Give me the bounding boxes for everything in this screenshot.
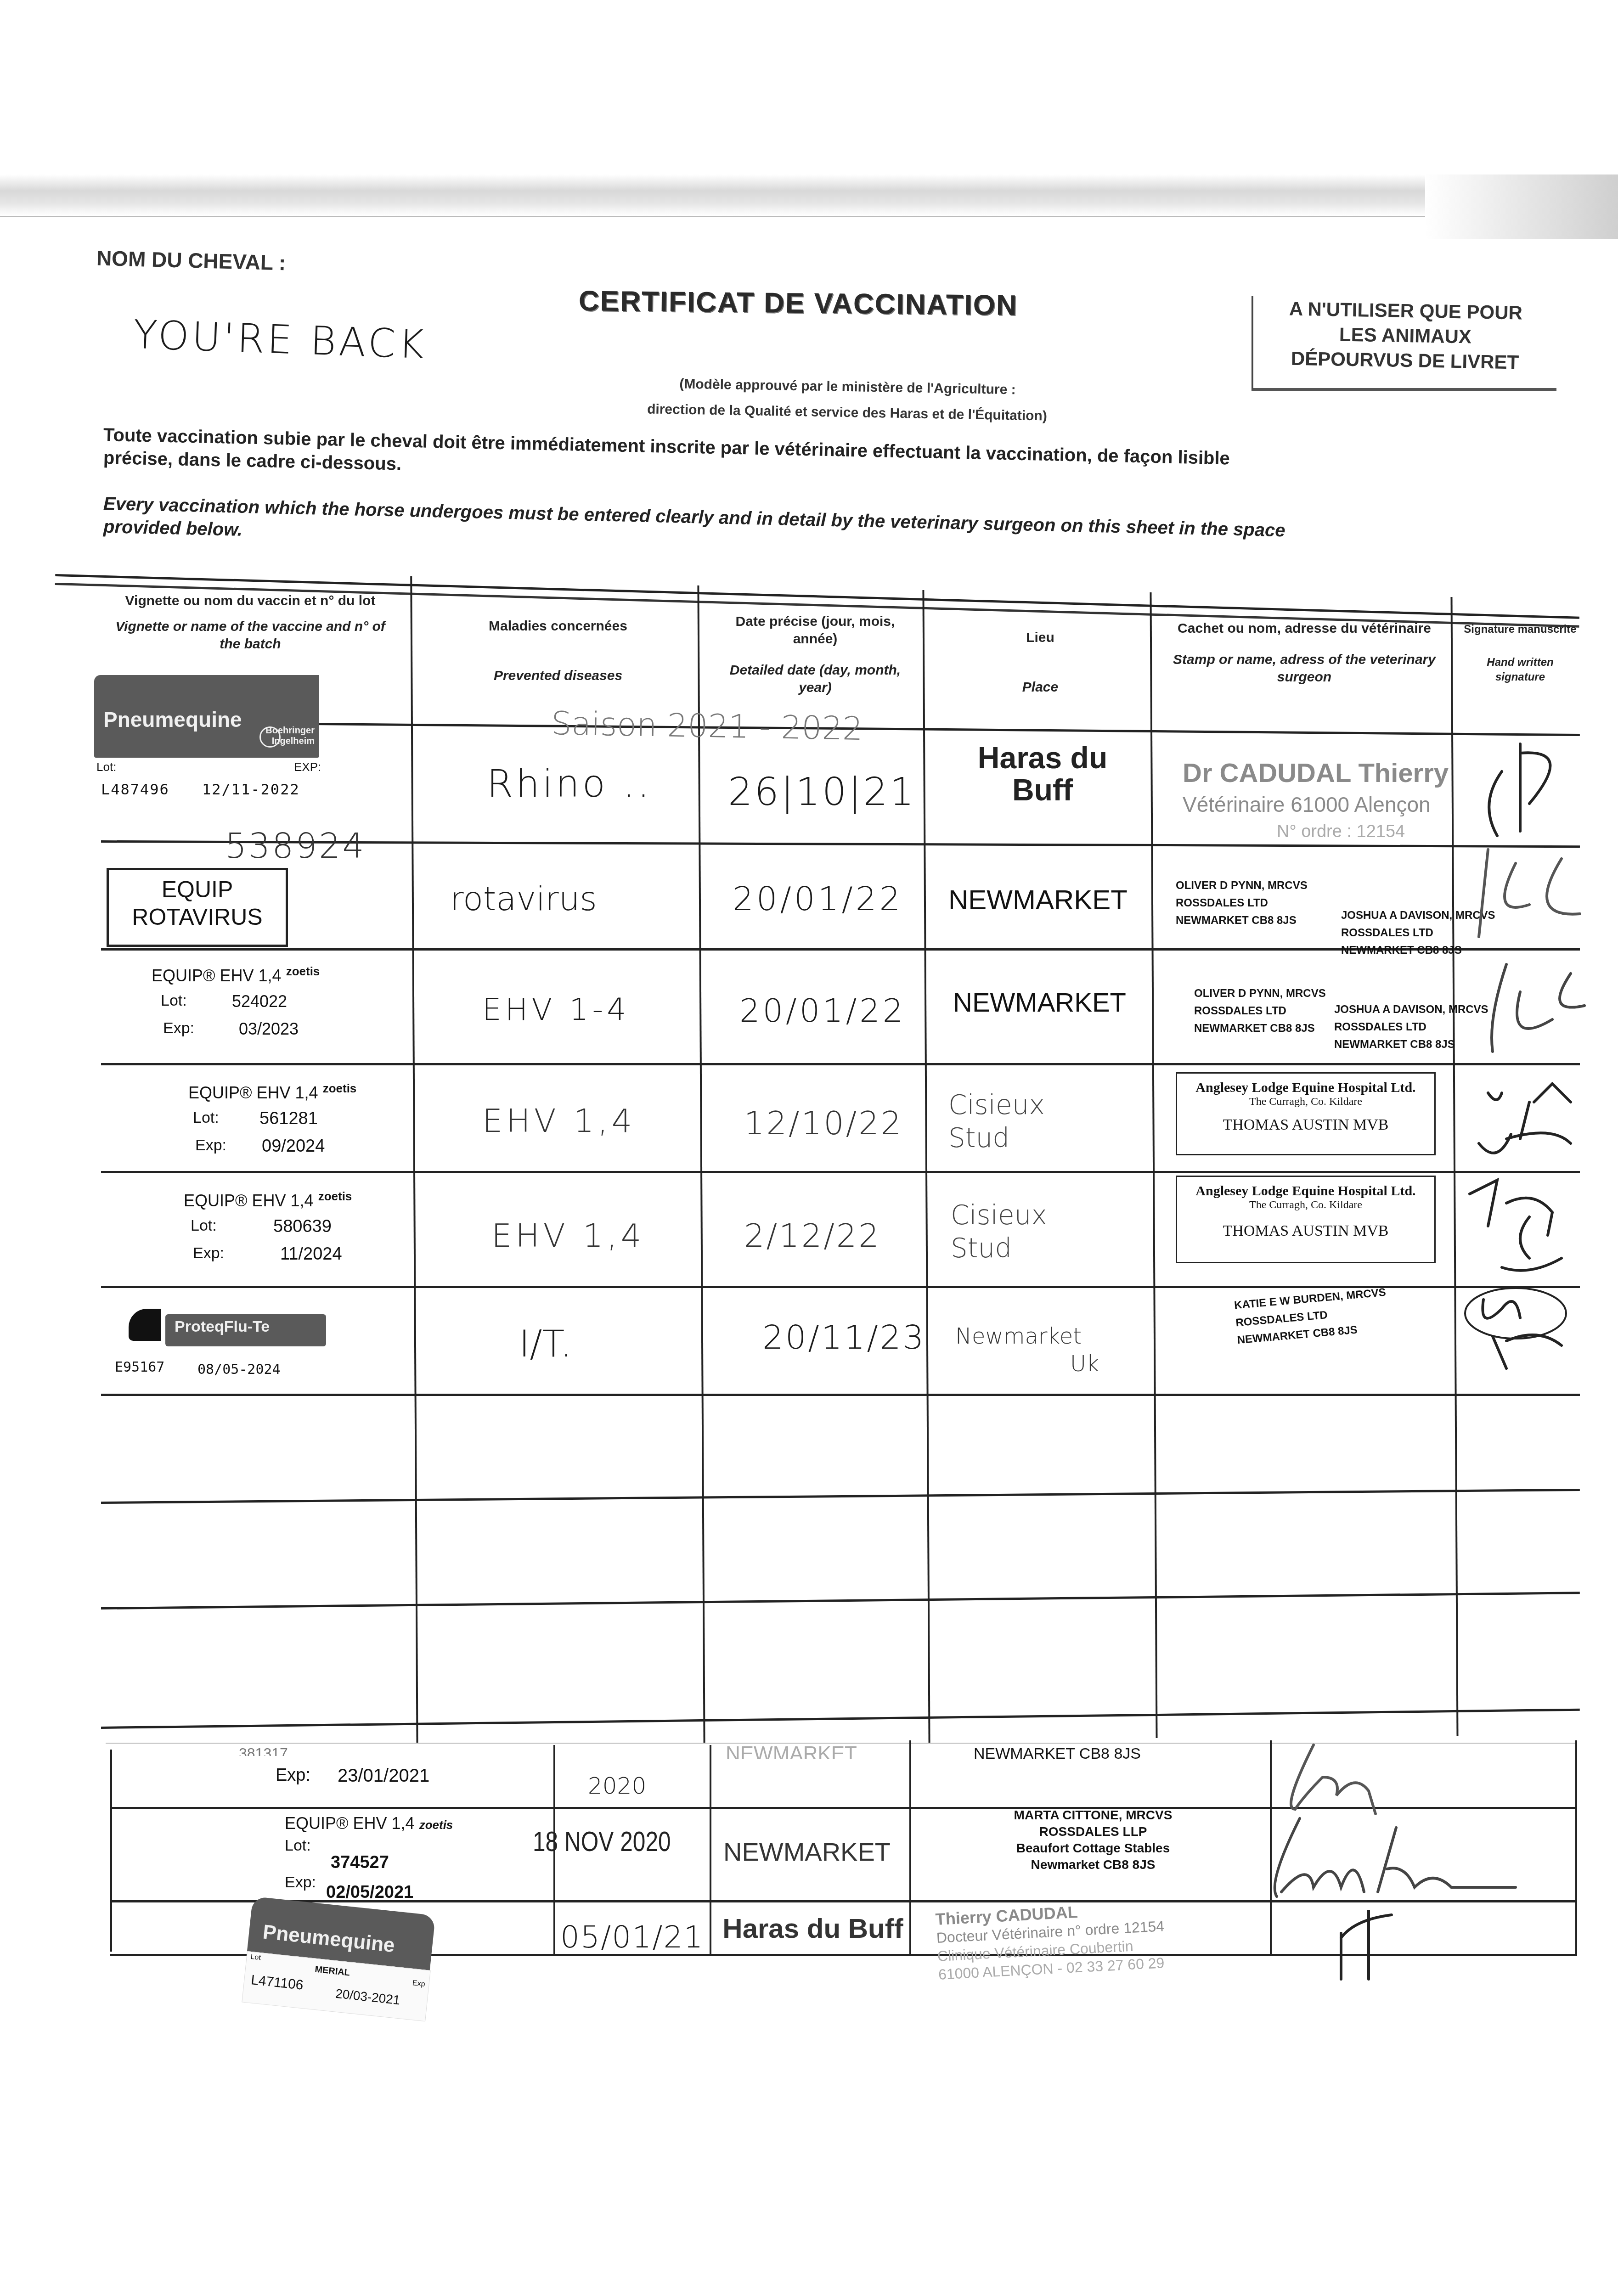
vaccination-date: 20/01/22 [733,879,903,918]
place: NEWMARKET [948,884,1128,916]
vet-address: Newmarket CB8 8JS [919,1857,1268,1873]
torn-paper-edge [0,174,1618,217]
disease: rotavirus [450,879,597,918]
maker-name: zoetis [323,1081,357,1095]
instruction-fr-line-2: précise, dans le cadre ci-dessous. [103,448,402,475]
vaccination-date: 05/01/21 [560,1919,704,1955]
signature [1460,955,1589,1056]
disease: Rhino .. [487,762,652,806]
row-divider [101,1063,1580,1065]
column-header-diseases-fr: Maladies concernées [423,618,693,635]
vet-stamp-a: OLIVER D PYNN, MRCVS ROSSDALES LTD NEWMA… [1176,877,1308,929]
notice-line-1: A N'UTILISER QUE POUR [1259,296,1553,326]
vaccination-date: 26|10|21 [728,769,916,814]
column-header-vaccine: Vignette ou nom du vaccin et n° du lot V… [103,592,397,653]
row-divider [101,1709,1580,1729]
signature [1460,735,1589,840]
column-divider [1451,597,1459,1736]
document-title: CERTIFICAT DE VACCINATION [579,285,1018,322]
lot-label: Lot [250,1953,261,1962]
vaccination-date: 2020 [588,1773,646,1799]
expiry-date: 20/03-2021 [335,1986,401,2008]
vaccine-label: EQUIP® EHV 1,4 [188,1083,318,1102]
exp-label: Exp: [193,1244,224,1262]
expiry-date: 02/05/2021 [326,1883,413,1902]
signature [1460,1075,1589,1166]
vet-stamp: Thierry CADUDAL Docteur Vétérinaire n° o… [935,1898,1167,1984]
lot-number: 374527 [289,1853,389,1873]
vet-a-practice: ROSSDALES LTD [1194,1002,1326,1020]
vet-a-name: OLIVER D PYNN, MRCVS [1194,985,1326,1002]
document-subtitle: (Modèle approuvé par le ministère de l'A… [581,370,1114,430]
exp-label: EXP: [294,760,321,774]
column-divider [922,590,930,1743]
horse-name-label: NOM DU CHEVAL : [96,246,286,276]
column-header-vaccine-fr: Vignette ou nom du vaccin et n° du lot [103,592,397,610]
place: NEWMARKET [723,1837,891,1867]
lot-number: 561281 [259,1109,318,1129]
vet-address: The Curragh, Co. Kildare [1177,1096,1434,1108]
exp-label: Exp: [276,1766,310,1785]
vaccine-name: EQUIP® EHV 1,4 zoetis [285,1814,453,1833]
notice-line-3: DÉPOURVUS DE LIVRET [1258,345,1552,375]
disease: EHV 1,4 [482,1102,636,1140]
exp-label: Exp: [195,1137,226,1154]
pneumequine-vignette: Pneumequine Boehringer Ingelheim [94,675,319,758]
vaccine-name: EQUIP® EHV 1,4 zoetis [184,1189,352,1210]
column-divider [697,585,705,1743]
row-divider [101,1592,1580,1609]
place-line-2: Stud [951,1232,1047,1265]
boehringer-logo-icon [259,726,281,748]
column-header-place: Lieu Place [932,629,1148,696]
column-header-date: Date précise (jour, mois, année) Detaile… [712,613,919,697]
place: Cisieux Stud [951,1199,1047,1265]
expiry-date: 09/2024 [262,1137,325,1156]
instruction-en-line-1: Every vaccination which the horse underg… [103,494,1285,541]
place: Newmarket Uk [955,1322,1099,1378]
vet-clinic: Anglesey Lodge Equine Hospital Ltd. [1177,1080,1434,1096]
exp-label: Exp: [285,1874,316,1891]
vaccine-maker: MERIAL [314,1964,350,1979]
column-header-date-en: Detailed date (day, month, year) [730,663,901,695]
place-line-1: Cisieux [951,1199,1047,1232]
vaccination-date-stamp: 18 NOV 2020 [533,1825,671,1858]
vet-name: THOMAS AUSTIN MVB [1177,1222,1434,1240]
folded-corner [1425,174,1618,239]
vaccine-label: EQUIP® EHV 1,4 [184,1191,314,1210]
column-divider [410,576,418,1761]
place-line-2: Uk [955,1350,1099,1378]
expiry-date: 03/2023 [239,1019,299,1039]
disease: I/T. [519,1322,572,1365]
vet-order-number: N° ordre : 12154 [1277,822,1405,842]
vaccine-name: EQUIP® EHV 1,4 zoetis [188,1081,356,1103]
column-header-diseases-en: Prevented diseases [494,668,622,683]
lot-label: Lot: [96,760,116,774]
column-header-date-fr: Date précise (jour, mois, année) [712,613,919,648]
expiry-date: 08/05-2024 [197,1362,281,1378]
column-divider [710,1745,711,1956]
lot-number: 524022 [232,992,287,1011]
vet-clinic: Anglesey Lodge Equine Hospital Ltd. [1177,1183,1434,1199]
vet-name: THOMAS AUSTIN MVB [1177,1116,1434,1134]
vaccine-label: EQUIP® EHV 1,4 [285,1814,415,1833]
vaccination-date: 2/12/22 [744,1217,881,1255]
exp-label: Exp [412,1979,425,1989]
column-header-signature: Signature manuscrite Hand written signat… [1460,622,1580,685]
vet-stamp: MARTA CITTONE, MRCVS ROSSDALES LLP Beauf… [919,1807,1268,1873]
signature [1323,1910,1442,1984]
signature [1277,1740,1460,1818]
vet-address: The Curragh, Co. Kildare [1177,1199,1434,1211]
vaccination-date: 20/01/22 [739,992,906,1030]
exp-label: Exp: [163,1019,194,1037]
place-line-1: Cisieux [948,1088,1045,1121]
vet-stables: Beaufort Cottage Stables [919,1840,1268,1857]
column-header-diseases: Maladies concernées Prevented diseases [423,618,693,685]
expiry-date: 23/01/2021 [338,1766,429,1786]
lot-label: Lot: [193,1109,219,1127]
place-line-2: Stud [948,1121,1045,1154]
signature [1460,1176,1589,1281]
vaccine-name: Pneumequine [262,1920,396,1957]
signature [1460,845,1589,946]
place-partial: NEWMARKET [726,1743,857,1759]
lot-number: L487496 [101,781,169,798]
vet-practice: ROSSDALES LLP [919,1823,1268,1840]
vet-address: NEWMARKET CB8 8JS [974,1745,1141,1763]
column-header-place-en: Place [1022,680,1058,695]
lot-number: L471106 [250,1972,304,1993]
handwritten-lot-number: 538924 [225,827,366,866]
column-header-vaccine-en: Vignette or name of the vaccine and n° o… [115,619,385,652]
column-divider [110,1750,112,1952]
equip-rotavirus-label: EQUIP ROTAVIRUS [107,868,288,947]
lot-label: Lot: [285,1837,311,1855]
vet-stamp: Anglesey Lodge Equine Hospital Ltd. The … [1176,1176,1436,1263]
row-divider [101,1171,1580,1173]
place: Cisieux Stud [948,1088,1045,1154]
row-divider [101,1489,1580,1504]
vaccination-date: 12/10/22 [744,1104,903,1142]
vet-address: Vétérinaire 61000 Alençon [1183,792,1431,817]
lot-number-partial: 381317 [239,1745,288,1756]
column-header-vet: Cachet ou nom, adresse du vétérinaire St… [1162,620,1447,686]
expiry-date: 12/11-2022 [202,781,300,798]
vaccine-name: EQUIP® EHV 1,4 zoetis [152,964,320,985]
vet-a-name: OLIVER D PYNN, MRCVS [1176,877,1308,895]
column-header-signature-fr: Signature manuscrite [1460,622,1580,637]
expiry-date: 11/2024 [280,1244,342,1264]
signature [1447,1281,1584,1382]
lot-number: 580639 [273,1217,332,1237]
maker-name: zoetis [318,1189,352,1203]
vaccine-label: EQUIP® EHV 1,4 [152,966,282,985]
vet-a-address: NEWMARKET CB8 8JS [1176,912,1308,929]
notice-text: A N'UTILISER QUE POUR LES ANIMAUX DÉPOUR… [1258,296,1553,375]
maker-name: zoetis [419,1818,453,1832]
row-divider [101,1394,1580,1396]
vet-a-practice: ROSSDALES LTD [1176,895,1308,912]
proteqflu-vignette: ProteqFlu-Te [129,1309,326,1345]
season-note: Saison 2021 - 2022 [551,704,863,748]
lot-label: Lot: [191,1217,217,1235]
lot-number: E95167 [115,1359,164,1375]
horse-name: YOU'RE BACK [132,312,428,368]
lot-label: Lot: [161,992,187,1010]
vaccine-name: Pneumequine [103,707,242,732]
disease: EHV 1-4 [482,992,630,1027]
place-line-1: Newmarket [955,1322,1099,1350]
vaccine-name: ProteqFlu-Te [165,1314,326,1346]
column-header-signature-en: Hand written signature [1487,656,1553,683]
instruction-en-line-2: provided below. [103,517,242,540]
column-header-vet-fr: Cachet ou nom, adresse du vétérinaire [1162,620,1447,637]
vet-name: MARTA CITTONE, MRCVS [919,1807,1268,1823]
vet-stamp: KATIE E W BURDEN, MRCVS ROSSDALES LTD NE… [1234,1284,1390,1349]
disease: EHV 1,4 [491,1217,645,1255]
place: Haras du Buff [955,742,1130,806]
vet-a-address: NEWMARKET CB8 8JS [1194,1020,1326,1037]
column-header-place-fr: Lieu [932,629,1148,647]
vaccination-date: 20/11/23 [762,1318,925,1356]
column-divider [909,1740,911,1956]
place: NEWMARKET [953,987,1126,1018]
vet-stamp-a: OLIVER D PYNN, MRCVS ROSSDALES LTD NEWMA… [1194,985,1326,1037]
vet-name: Dr CADUDAL Thierry [1183,758,1449,788]
column-divider [1150,592,1157,1738]
proteqflu-hook-icon [129,1309,161,1341]
signature [1240,1814,1617,1906]
place: Haras du Buff [721,1913,905,1945]
column-header-vet-en: Stamp or name, adress of the veterinary … [1173,652,1436,685]
vet-stamp: Anglesey Lodge Equine Hospital Ltd. The … [1176,1072,1436,1155]
maker-name: zoetis [286,964,320,978]
